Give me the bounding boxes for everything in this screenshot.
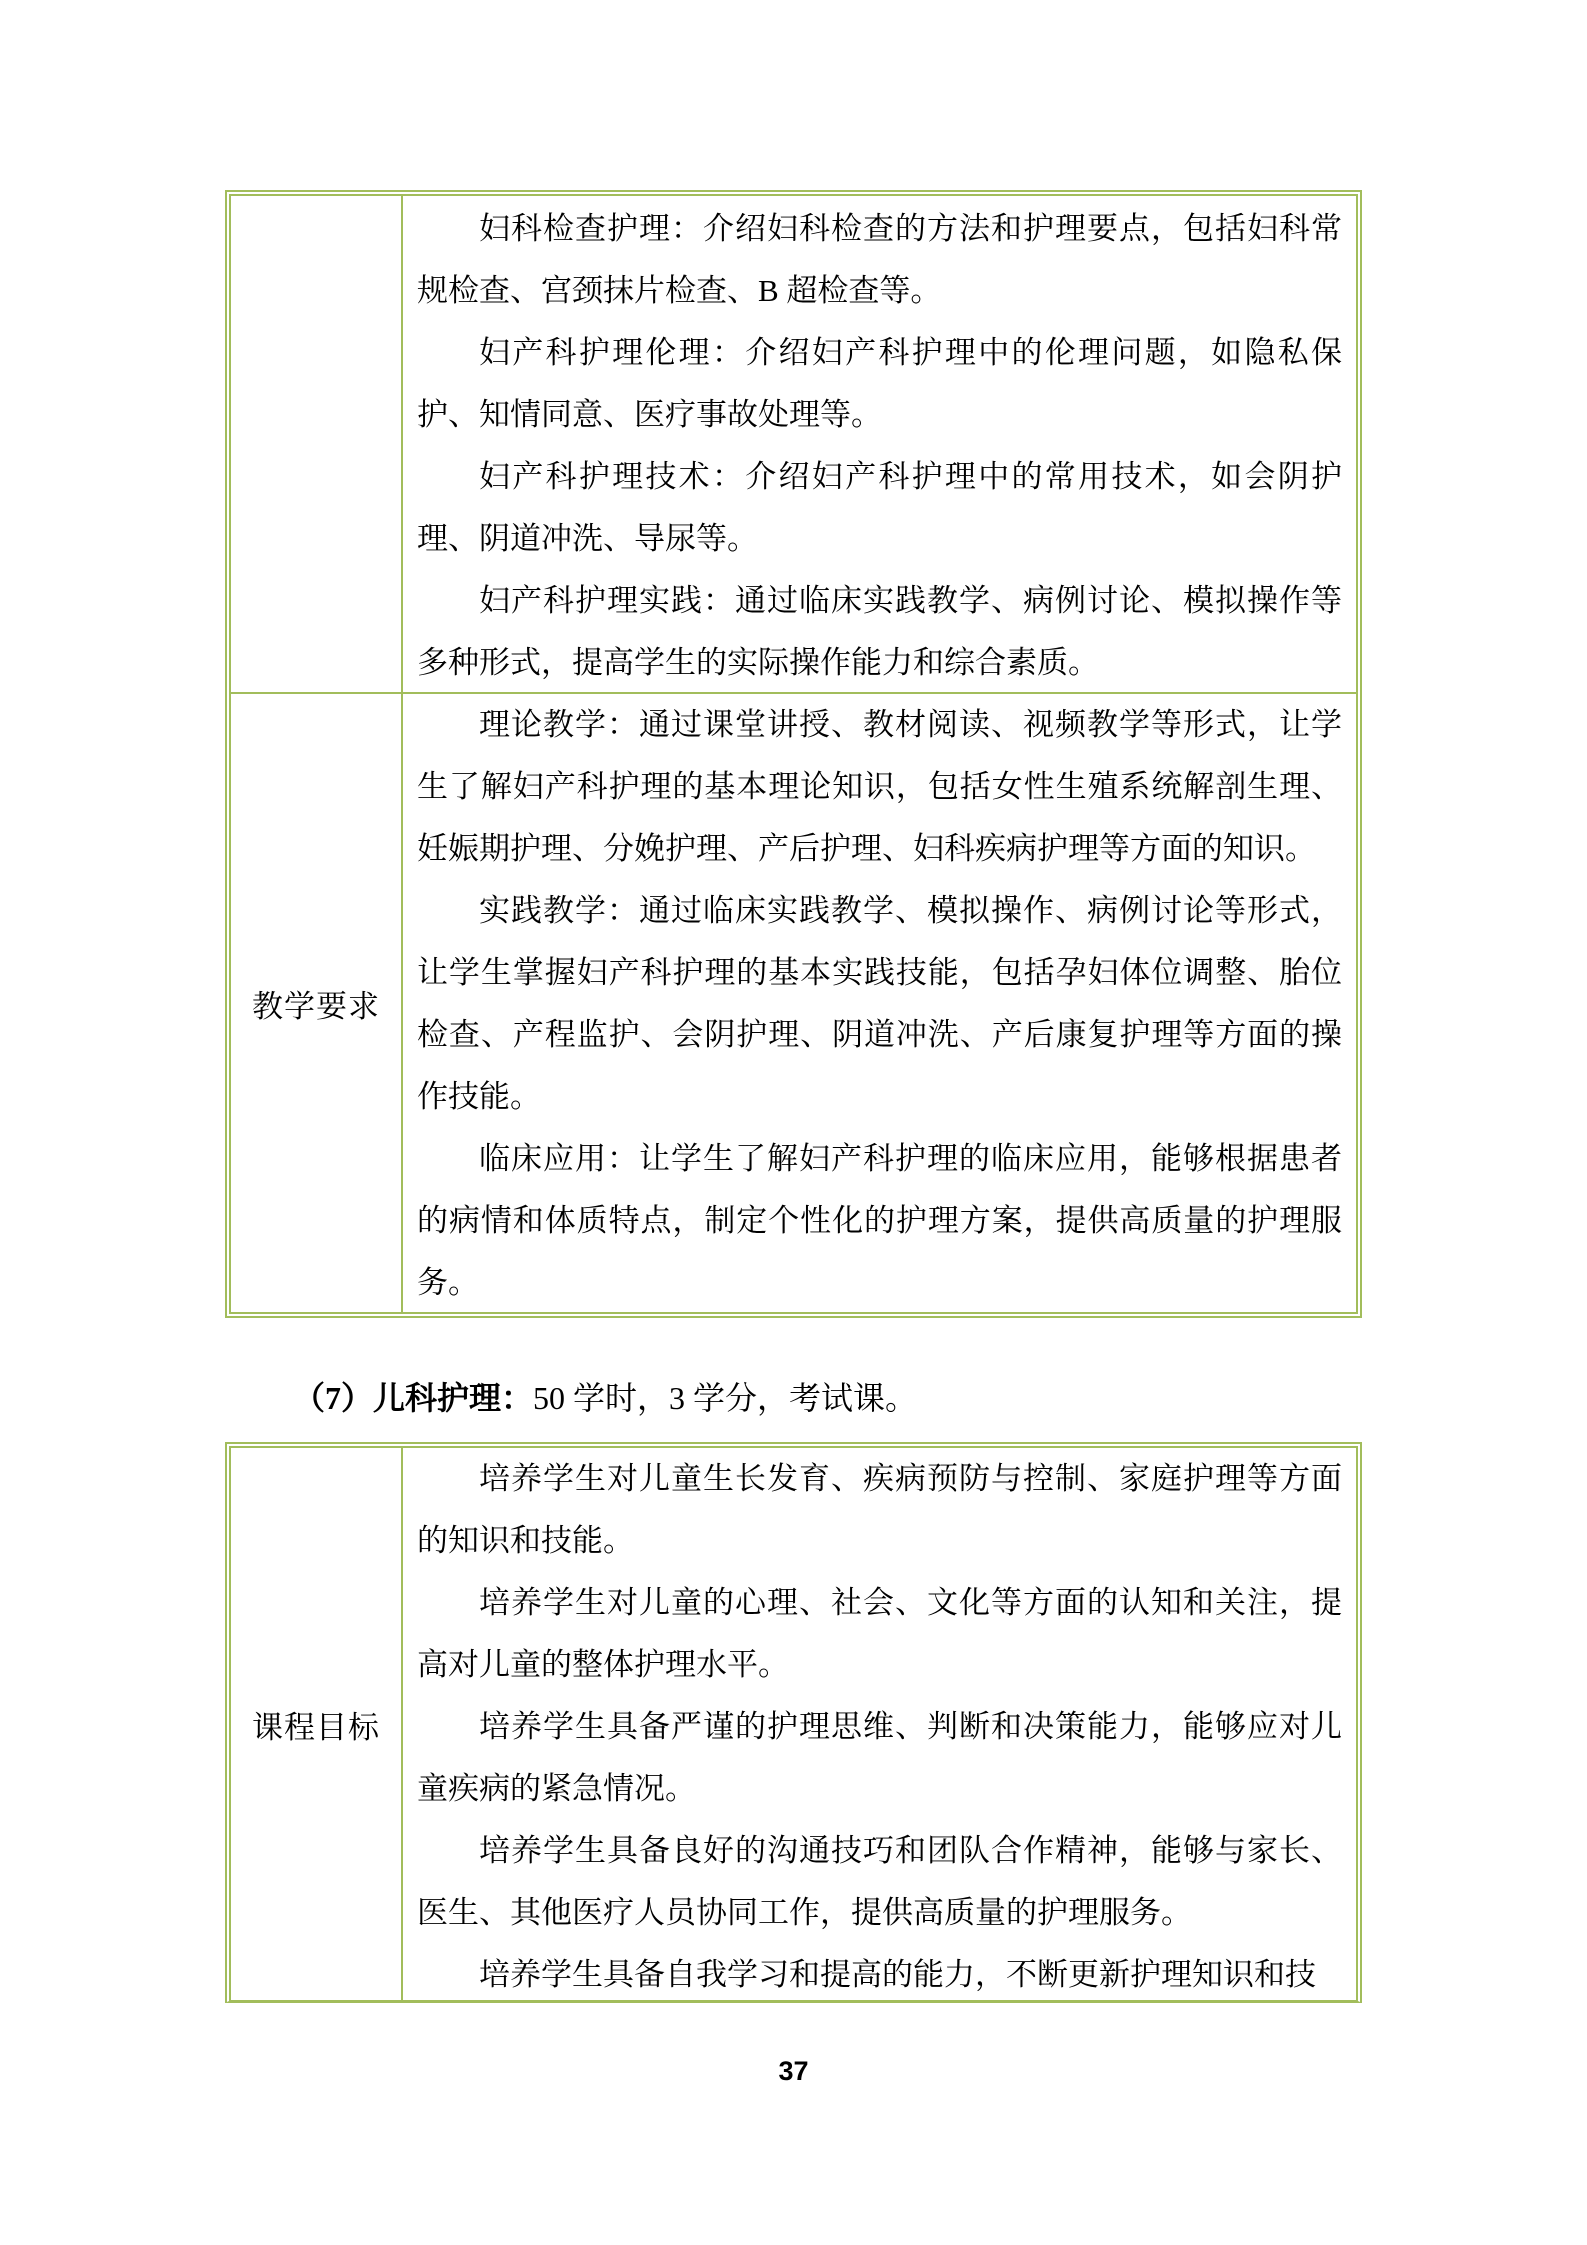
paragraph: 理论教学：通过课堂讲授、教材阅读、视频教学等形式，让学生了解妇产科护理的基本理论… <box>417 694 1342 880</box>
paragraph: 培养学生具备自我学习和提高的能力，不断更新护理知识和技 <box>417 1944 1342 2000</box>
paragraph: 培养学生对儿童生长发育、疾病预防与控制、家庭护理等方面的知识和技能。 <box>417 1448 1342 1572</box>
section-heading: （7）儿科护理：50 学时，3 学分，考试课。 <box>293 1372 917 1424</box>
paragraph: 临床应用：让学生了解妇产科护理的临床应用，能够根据患者的病情和体质特点，制定个性… <box>417 1128 1342 1312</box>
table-row: 课程目标 培养学生对儿童生长发育、疾病预防与控制、家庭护理等方面的知识和技能。培… <box>231 1448 1356 2000</box>
table-row: 教学要求 理论教学：通过课堂讲授、教材阅读、视频教学等形式，让学生了解妇产科护理… <box>231 692 1356 1312</box>
row-content-cell: 理论教学：通过课堂讲授、教材阅读、视频教学等形式，让学生了解妇产科护理的基本理论… <box>403 694 1356 1312</box>
paragraph: 妇产科护理技术：介绍妇产科护理中的常用技术，如会阴护理、阴道冲洗、导尿等。 <box>417 446 1342 570</box>
paragraph: 实践教学：通过临床实践教学、模拟操作、病例讨论等形式，让学生掌握妇产科护理的基本… <box>417 880 1342 1128</box>
row-label-cell <box>231 196 403 692</box>
paragraph: 妇科检查护理：介绍妇科检查的方法和护理要点，包括妇科常规检查、宫颈抹片检查、B … <box>417 198 1342 322</box>
paragraph: 培养学生具备严谨的护理思维、判断和决策能力，能够应对儿童疾病的紧急情况。 <box>417 1696 1342 1820</box>
table-row: 妇科检查护理：介绍妇科检查的方法和护理要点，包括妇科常规检查、宫颈抹片检查、B … <box>231 196 1356 692</box>
paragraph: 妇产科护理伦理：介绍妇产科护理中的伦理问题，如隐私保护、知情同意、医疗事故处理等… <box>417 322 1342 446</box>
page-number: 37 <box>0 2056 1587 2087</box>
section-heading-course-info: 50 学时，3 学分，考试课。 <box>533 1380 917 1416</box>
row-label-cell: 教学要求 <box>231 694 403 1312</box>
row-label-cell: 课程目标 <box>231 1448 403 2000</box>
paragraph: 培养学生具备良好的沟通技巧和团队合作精神，能够与家长、医生、其他医疗人员协同工作… <box>417 1820 1342 1944</box>
course-table-pediatric-nursing: 课程目标 培养学生对儿童生长发育、疾病预防与控制、家庭护理等方面的知识和技能。培… <box>225 1442 1362 2003</box>
paragraph: 妇产科护理实践：通过临床实践教学、病例讨论、模拟操作等多种形式，提高学生的实际操… <box>417 570 1342 692</box>
paragraph: 培养学生对儿童的心理、社会、文化等方面的认知和关注，提高对儿童的整体护理水平。 <box>417 1572 1342 1696</box>
row-content-cell: 培养学生对儿童生长发育、疾病预防与控制、家庭护理等方面的知识和技能。培养学生对儿… <box>403 1448 1356 2000</box>
row-content-cell: 妇科检查护理：介绍妇科检查的方法和护理要点，包括妇科常规检查、宫颈抹片检查、B … <box>403 196 1356 692</box>
document-page: 妇科检查护理：介绍妇科检查的方法和护理要点，包括妇科常规检查、宫颈抹片检查、B … <box>0 0 1587 2245</box>
section-heading-course-name: （7）儿科护理： <box>293 1380 533 1416</box>
course-table-obstetrics-gynecology: 妇科检查护理：介绍妇科检查的方法和护理要点，包括妇科常规检查、宫颈抹片检查、B … <box>225 190 1362 1318</box>
